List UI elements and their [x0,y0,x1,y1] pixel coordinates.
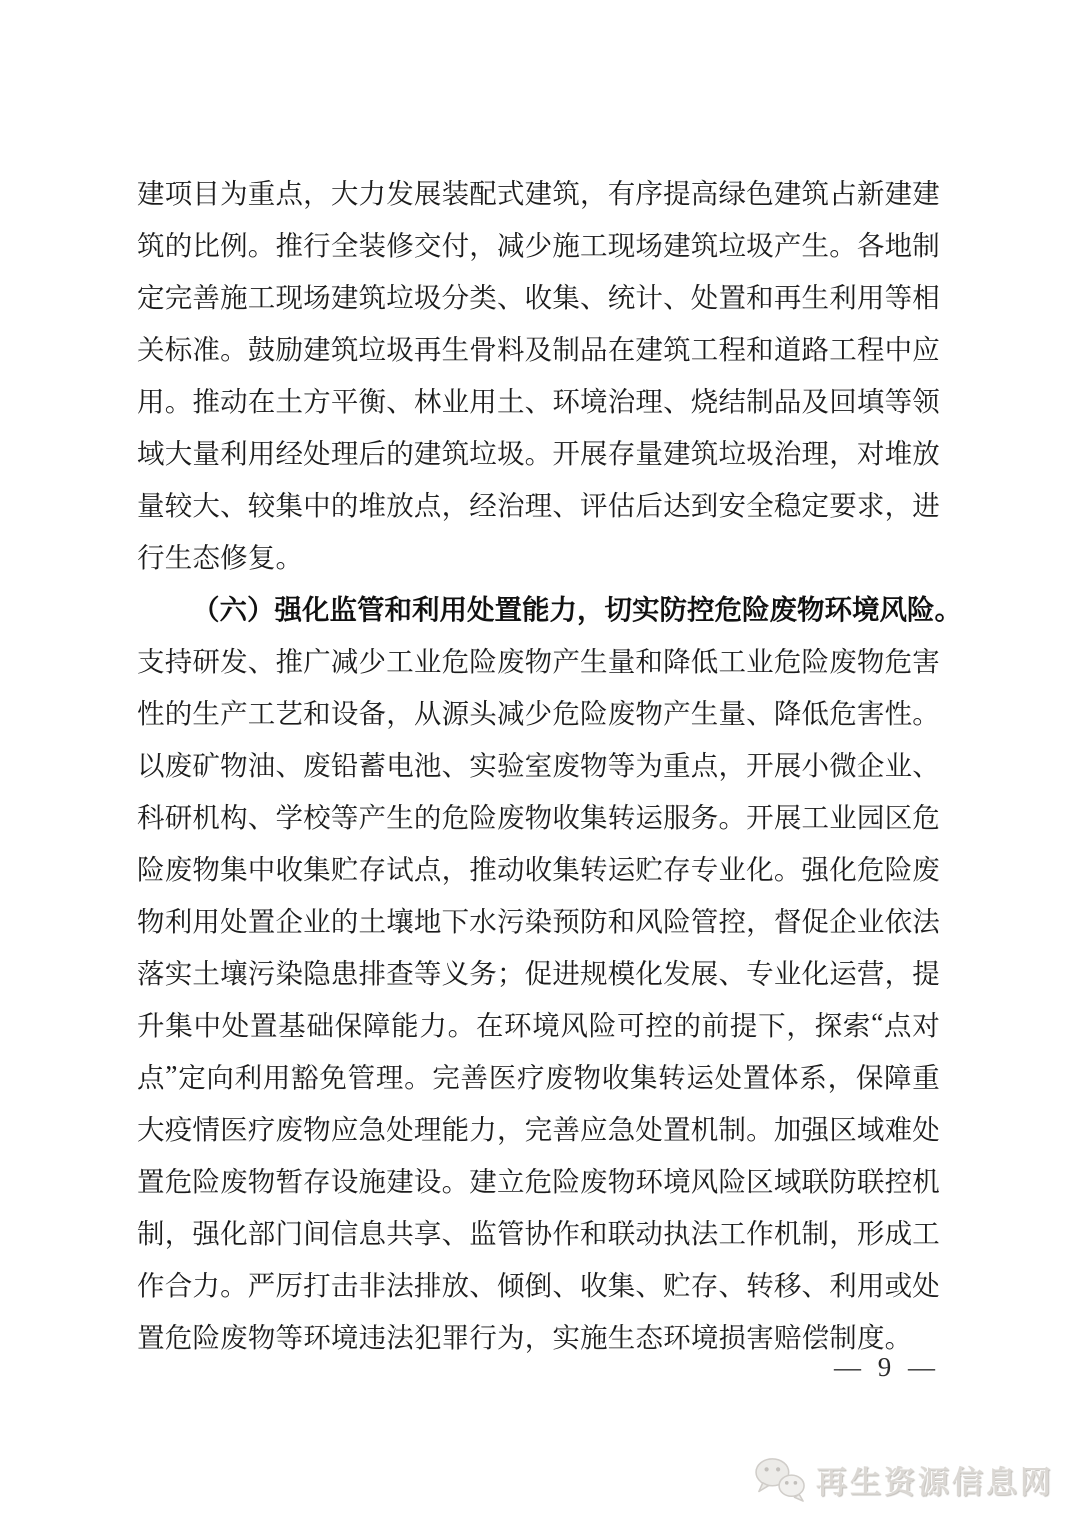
wechat-icon [752,1455,810,1503]
document-line: 建项目为重点，大力发展装配式建筑，有序提高绿色建筑占新建建 [137,165,940,217]
document-line: 行生态修复。 [137,529,940,581]
document-line: 升集中处置基础保障能力。在环境风险可控的前提下，探索“点对 [137,997,940,1049]
document-line: 险废物集中收集贮存试点，推动收集转运贮存专业化。强化危险废 [137,841,940,893]
document-line: 域大量利用经处理后的建筑垃圾。开展存量建筑垃圾治理，对堆放 [137,425,940,477]
document-line: 科研机构、学校等产生的危险废物收集转运服务。开展工业园区危 [137,789,940,841]
document-line: 大疫情医疗废物应急处理能力，完善应急处置机制。加强区域难处 [137,1101,940,1153]
document-line: 性的生产工艺和设备，从源头减少危险废物产生量、降低危害性。 [137,685,940,737]
document-line: 量较大、较集中的堆放点，经治理、评估后达到安全稳定要求，进 [137,477,940,529]
document-line: 以废矿物油、废铅蓄电池、实验室废物等为重点，开展小微企业、 [137,737,940,789]
document-line: 支持研发、推广减少工业危险废物产生量和降低工业危险废物危害 [137,633,940,685]
document-line: 物利用处置企业的土壤地下水污染预防和风险管控，督促企业依法 [137,893,940,945]
watermark-label: 再生资源信息网 [816,1457,1054,1502]
document-line: 点”定向利用豁免管理。完善医疗废物收集转运处置体系，保障重 [137,1049,940,1101]
page-number: — 9 — [834,1352,940,1383]
document-line: 关标准。鼓励建筑垃圾再生骨料及制品在建筑工程和道路工程中应 [137,321,940,373]
document-line: 用。推动在土方平衡、林业用土、环境治理、烧结制品及回填等领 [137,373,940,425]
document-line: 定完善施工现场建筑垃圾分类、收集、统计、处置和再生利用等相 [137,269,940,321]
document-line: 落实土壤污染隐患排查等义务；促进规模化发展、专业化运营，提 [137,945,940,997]
watermark: 再生资源信息网 [752,1455,1054,1503]
document-line: 作合力。严厉打击非法排放、倾倒、收集、贮存、转移、利用或处 [137,1257,940,1309]
document-page: 建项目为重点，大力发展装配式建筑，有序提高绿色建筑占新建建筑的比例。推行全装修交… [0,0,1080,1527]
document-line: 置危险废物等环境违法犯罪行为，实施生态环境损害赔偿制度。 [137,1309,940,1361]
document-line: 筑的比例。推行全装修交付，减少施工现场建筑垃圾产生。各地制 [137,217,940,269]
section-heading-line: （六）强化监管和利用处置能力，切实防控危险废物环境风险。 [137,581,940,633]
document-body: 建项目为重点，大力发展装配式建筑，有序提高绿色建筑占新建建筑的比例。推行全装修交… [137,165,940,1361]
document-line: 制，强化部门间信息共享、监管协作和联动执法工作机制，形成工 [137,1205,940,1257]
document-line: 置危险废物暂存设施建设。建立危险废物环境风险区域联防联控机 [137,1153,940,1205]
